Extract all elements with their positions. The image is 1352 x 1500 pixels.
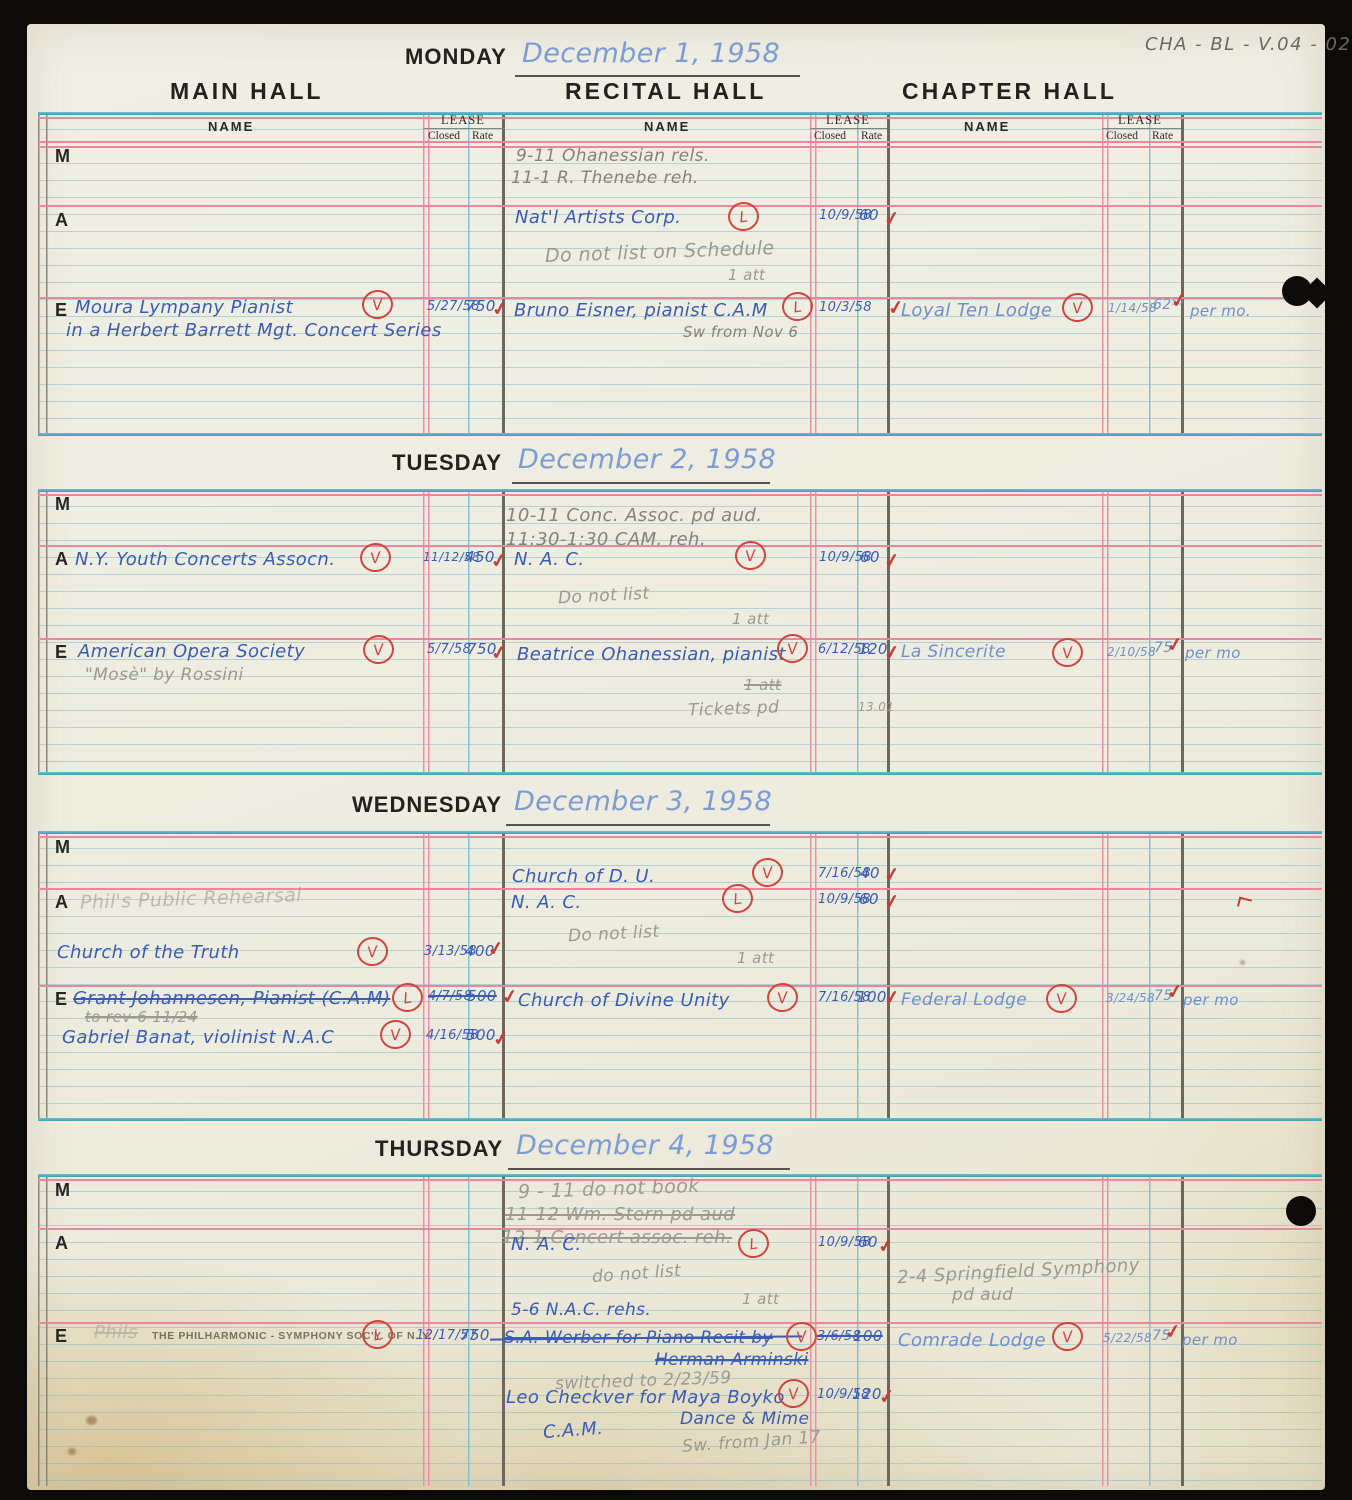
check-icon	[1165, 633, 1184, 658]
entry-name: American Opera Society	[78, 641, 305, 662]
row-label-morning: M	[55, 837, 70, 858]
term-note: per mo	[1183, 991, 1239, 1009]
lease-rate: 60	[858, 1233, 878, 1251]
entry-note-struck: 11-12 Wm. Stern pd aud	[505, 1204, 735, 1225]
check-icon	[882, 641, 901, 666]
entry-name: Loyal Ten Lodge	[901, 300, 1052, 321]
lease-closed-date: 4/7/58	[428, 989, 472, 1004]
day-label-monday: MONDAY	[405, 44, 507, 70]
lease-rate: 60	[859, 890, 879, 908]
entry-name: N. A. C.	[514, 549, 585, 570]
date-underline	[512, 482, 770, 484]
punch-hole	[1286, 1196, 1316, 1226]
row-line	[38, 836, 1322, 838]
check-icon	[489, 641, 508, 666]
col-header-name: NAME	[208, 119, 254, 134]
hall-title-recital: RECITAL HALL	[565, 78, 766, 105]
lease-rate: 40	[860, 864, 880, 882]
check-icon	[882, 890, 901, 915]
entry-name: Federal Lodge	[901, 990, 1027, 1010]
date-underline	[515, 75, 800, 77]
lease-divider	[423, 128, 505, 129]
lease-closed-date: 1/14/58	[1108, 301, 1157, 315]
row-line	[38, 638, 1322, 640]
entry-name-struck: Herman Arminski	[655, 1350, 809, 1370]
entry-name: N. A. C.	[511, 892, 582, 913]
row-label-evening: E	[55, 1326, 67, 1347]
section-bottom-line	[38, 1118, 1322, 1121]
check-icon	[500, 985, 519, 1010]
row-label-morning: M	[55, 146, 70, 167]
date-handwritten: December 4, 1958	[516, 1130, 774, 1161]
lease-rate: 750	[460, 1326, 490, 1344]
row-label-evening: E	[55, 300, 67, 321]
col-header-closed: Closed	[428, 130, 460, 142]
row-line	[38, 985, 1322, 987]
attendance-note: 1 att	[732, 610, 769, 628]
date-underline	[508, 1168, 790, 1170]
entry-note: 11-1 R. Thenebe reh.	[511, 168, 699, 188]
entry-name: in a Herbert Barrett Mgt. Concert Series	[66, 320, 442, 341]
entry-name-struck: S.A. Werber for Piano Recit by	[504, 1328, 773, 1348]
entry-note: Sw from Nov 6	[683, 323, 798, 341]
attendance-note: 1 att	[742, 1290, 779, 1308]
col-header-closed: Closed	[814, 130, 846, 142]
entry-name: Moura Lympany Pianist	[75, 297, 293, 318]
entry-name-struck: Grant Johannesen, Pianist (C.A.M)	[73, 988, 390, 1009]
entry-name: La Sincerite	[901, 642, 1006, 662]
check-icon	[489, 549, 508, 574]
entry-name: Church of Divine Unity	[518, 990, 730, 1011]
row-label-afternoon: A	[55, 549, 68, 570]
row-label-morning: M	[55, 494, 70, 515]
row-label-evening: E	[55, 642, 67, 663]
stain-spot	[86, 1416, 97, 1425]
col-header-closed: Closed	[1106, 130, 1138, 142]
day-label-tuesday: TUESDAY	[392, 450, 502, 476]
check-icon	[491, 1027, 510, 1052]
entry-note: "Mosè" by Rossini	[85, 665, 244, 685]
row-label-afternoon: A	[55, 1233, 68, 1254]
entry-name: Bruno Eisner, pianist C.A.M	[514, 300, 768, 321]
hall-title-main: MAIN HALL	[170, 78, 323, 105]
col-header-name: NAME	[964, 119, 1010, 134]
entry-note: to rev-6 11/24	[85, 1008, 198, 1026]
attendance-note: 1 att	[744, 676, 781, 694]
check-icon	[882, 207, 901, 232]
row-label-evening: E	[55, 989, 67, 1010]
entry-note: pd aud	[952, 1285, 1013, 1305]
check-icon	[882, 863, 901, 888]
day-label-thursday: THURSDAY	[375, 1136, 503, 1162]
check-icon	[877, 1385, 896, 1410]
date-handwritten: December 3, 1958	[514, 786, 772, 817]
check-icon	[486, 937, 505, 962]
lease-rate: 60	[859, 206, 879, 224]
row-label-afternoon: A	[55, 892, 68, 913]
day-label-wednesday: WEDNESDAY	[352, 792, 502, 818]
lease-closed-date: 2/10/58	[1107, 645, 1156, 659]
date-handwritten: December 1, 1958	[522, 38, 780, 69]
section-top-line	[38, 489, 1322, 492]
date-underline	[506, 824, 770, 826]
archive-code: CHA - BL - V.04 - 020	[1145, 34, 1352, 55]
check-icon	[1165, 980, 1184, 1005]
lease-closed-date: 5/7/58	[427, 642, 471, 657]
col-header-rate: Rate	[1152, 130, 1173, 142]
entry-name: Church of D. U.	[512, 866, 655, 887]
col-header-lease: LEASE	[826, 113, 870, 128]
entry-name: Comrade Lodge	[898, 1330, 1046, 1351]
entry-note: C.A.M.	[542, 1418, 604, 1443]
hall-title-chapter: CHAPTER HALL	[902, 78, 1117, 105]
stain-spot	[1240, 960, 1245, 965]
entry-name: N.Y. Youth Concerts Assocn.	[75, 549, 335, 570]
date-handwritten: December 2, 1958	[518, 444, 776, 475]
entry-name: Nat'l Artists Corp.	[515, 207, 681, 228]
entry-note: 9-11 Ohanessian rels.	[516, 146, 710, 166]
entry-name: Gabriel Banat, violinist N.A.C	[62, 1027, 334, 1048]
term-note: per mo	[1185, 644, 1241, 662]
entry-name: Church of the Truth	[57, 942, 240, 963]
punch-hole	[1282, 276, 1312, 306]
col-header-lease: LEASE	[1118, 113, 1162, 128]
entry-note: 10-11 Conc. Assoc. pd aud.	[506, 505, 762, 526]
column-grid	[0, 831, 1352, 1119]
check-icon	[882, 549, 901, 574]
term-note: per mo.	[1190, 302, 1251, 320]
entry-name: N. A. C.	[511, 1234, 582, 1255]
check-icon	[490, 297, 509, 322]
col-header-rate: Rate	[861, 130, 882, 142]
ledger-page-scan: CHA - BL - V.04 - 020 MONDAY December 1,…	[0, 0, 1352, 1500]
col-header-lease: LEASE	[441, 113, 485, 128]
entry-note: Tickets pd	[688, 697, 780, 720]
entry-note: 5-6 N.A.C. rehs.	[511, 1300, 651, 1320]
entry-name: Leo Checkver for Maya Boyko	[506, 1387, 785, 1408]
check-icon	[876, 1234, 895, 1259]
entry-name: Beatrice Ohanessian, pianist	[517, 644, 786, 665]
entry-note: Dance & Mime	[680, 1409, 809, 1429]
row-label-afternoon: A	[55, 210, 68, 231]
lease-rate: 60	[860, 548, 880, 566]
row-line	[38, 494, 1322, 496]
attendance-note: 1 att	[737, 949, 774, 967]
lease-closed-date: 3/24/58	[1106, 991, 1155, 1005]
section-top-line	[38, 831, 1322, 834]
term-note: per mo	[1182, 1331, 1238, 1349]
entry-note: 11:30-1:30 CAM. reh.	[506, 529, 706, 550]
section-bottom-line	[38, 433, 1322, 436]
lease-rate: 100	[853, 1327, 883, 1345]
row-line	[38, 1322, 1322, 1324]
lease-closed-date: 5/22/58	[1103, 1331, 1152, 1345]
entry-scribble: Phils	[94, 1322, 138, 1343]
check-icon	[1169, 289, 1188, 314]
row-label-morning: M	[55, 1180, 70, 1201]
check-icon	[1163, 1320, 1182, 1345]
lease-divider	[1102, 128, 1181, 129]
lease-rate: 500	[467, 987, 497, 1005]
stain-spot	[68, 1448, 76, 1455]
section-bottom-line	[38, 772, 1322, 775]
lease-divider	[810, 128, 887, 129]
check-icon	[882, 986, 901, 1011]
lease-closed-date: 10/3/58	[819, 300, 872, 315]
attendance-note: 1 att	[728, 266, 765, 284]
col-header-name: NAME	[644, 119, 690, 134]
col-header-rate: Rate	[472, 130, 493, 142]
memo-number: 13.01	[858, 700, 894, 714]
